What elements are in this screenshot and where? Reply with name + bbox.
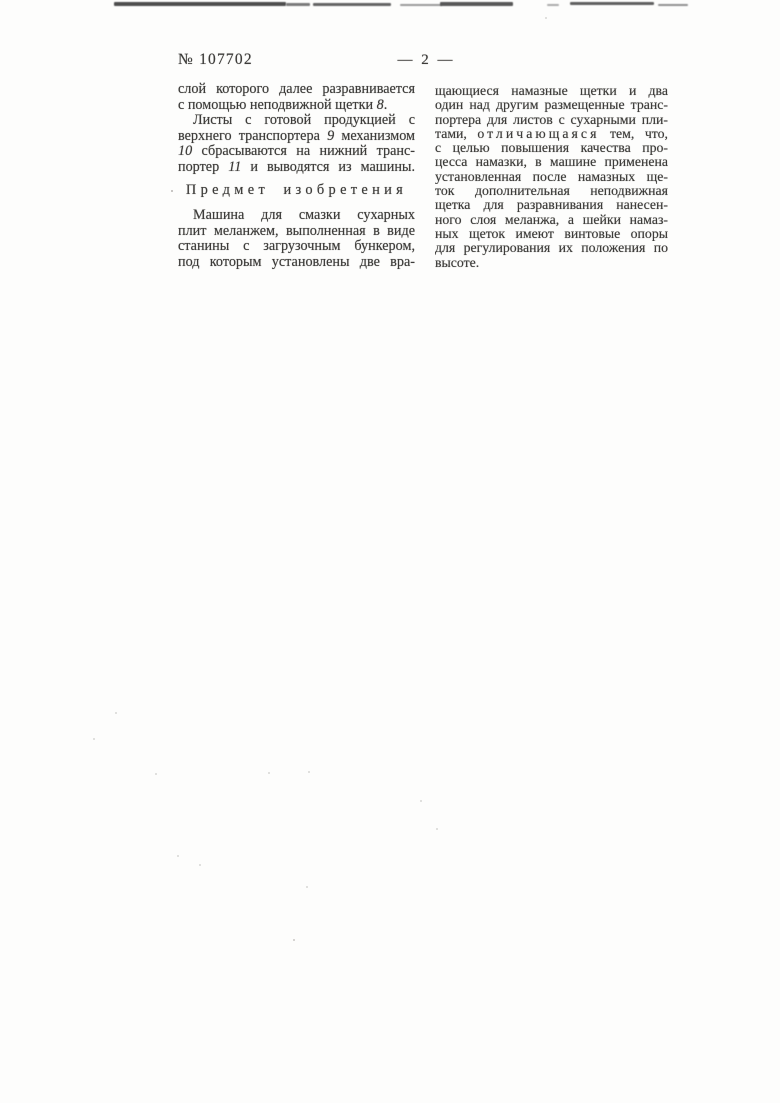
text-segment: сбрасываются на нижний транс- [192, 144, 415, 159]
text-column-left: слой которого далее разравниваетсяс помо… [178, 82, 415, 271]
scan-speck [308, 771, 310, 773]
scan-speck [177, 855, 179, 857]
text-line: один над другим размещенные транс- [435, 98, 668, 112]
text-line: под которым установлены две вра- [178, 255, 415, 271]
reference-numeral: 11 [228, 160, 241, 175]
scan-speck [171, 190, 173, 192]
scan-speck [155, 773, 157, 775]
text-segment: под которым установлены две вра- [178, 255, 415, 270]
text-line: ток дополнительная неподвижная [435, 184, 668, 198]
text-segment: Листы с готовой продукцией с [193, 113, 415, 128]
text-segment: тем, что, [599, 127, 668, 141]
scan-speck [293, 939, 295, 941]
scan-artifact [658, 4, 688, 6]
text-segment: тами, [435, 127, 477, 141]
scan-artifact [313, 3, 391, 6]
text-line: с помощью неподвижной щетки 8. [178, 98, 415, 114]
text-segment: Машина для смазки сухарных [193, 208, 415, 223]
text-line: щетка для разравнивания нанесен- [435, 198, 668, 212]
text-segment: щетка для разравнивания нанесен- [435, 198, 668, 212]
text-segment: механизмом [334, 129, 415, 144]
text-line: Листы с готовой продукцией с [178, 113, 415, 129]
text-segment: . [384, 98, 388, 113]
text-segment: станины с загрузочным бункером, [178, 239, 415, 254]
scan-speck [436, 828, 438, 830]
text-segment: цесса намазки, в машине применена [435, 155, 668, 169]
text-segment: отличающаяся [477, 127, 599, 141]
text-segment: портер [178, 160, 228, 175]
text-segment: высоте. [435, 256, 479, 270]
text-line: ных щеток имеют винтовые опоры [435, 227, 668, 241]
text-segment: с целью повышения качества про- [435, 141, 668, 155]
scan-speck [199, 864, 201, 866]
scan-artifact [547, 4, 559, 6]
text-segment: щающиеся намазные щетки и два [435, 84, 668, 98]
reference-numeral: 8 [377, 98, 384, 113]
text-line: тами, отличающаяся тем, что, [435, 127, 668, 141]
scan-artifact [286, 3, 310, 6]
text-segment: один над другим размещенные транс- [435, 98, 668, 112]
text-line: портера для листов с сухарными пли- [435, 113, 668, 127]
text-segment: слой которого далее разравнивается [178, 82, 415, 97]
text-line: слой которого далее разравнивается [178, 82, 415, 98]
scan-artifact [400, 4, 442, 6]
text-segment: ных щеток имеют винтовые опоры [435, 227, 668, 241]
patent-number: № 107702 [178, 51, 253, 69]
scan-speck [306, 886, 308, 888]
text-line: высоте. [435, 256, 668, 270]
text-line: станины с загрузочным бункером, [178, 239, 415, 255]
text-line: с целью повышения качества про- [435, 141, 668, 155]
text-line: верхнего транспортера 9 механизмом [178, 129, 415, 145]
text-line: щающиеся намазные щетки и два [435, 84, 668, 98]
text-line: 10 сбрасываются на нижний транс- [178, 144, 415, 160]
text-line: портер 11 и выводятся из машины. [178, 160, 415, 176]
text-segment: ток дополнительная неподвижная [435, 184, 668, 198]
text-segment: с помощью неподвижной щетки [178, 98, 377, 113]
text-segment: портера для листов с сухарными пли- [435, 113, 668, 127]
reference-numeral: 10 [178, 144, 192, 159]
text-segment: ного слоя меланжа, а шейки намаз- [435, 213, 668, 227]
text-segment: для регулирования их положения по [435, 241, 668, 255]
text-line: Машина для смазки сухарных [178, 208, 415, 224]
text-line: плит меланжем, выполненная в виде [178, 224, 415, 240]
text-segment: плит меланжем, выполненная в виде [178, 224, 415, 239]
scan-artifact [570, 2, 654, 5]
text-segment: установленная после намазных ще- [435, 170, 668, 184]
text-line: установленная после намазных ще- [435, 170, 668, 184]
scan-speck [420, 800, 422, 802]
scan-speck [268, 772, 270, 774]
scan-speck [93, 738, 95, 740]
text-line: ного слоя меланжа, а шейки намаз- [435, 213, 668, 227]
text-line: для регулирования их положения по [435, 241, 668, 255]
section-heading: Предмет изобретения [178, 183, 415, 199]
patent-page-scan: № 107702 — 2 — слой которого далее разра… [0, 0, 780, 1103]
text-segment: и выводятся из машины. [241, 160, 415, 175]
text-line: цесса намазки, в машине применена [435, 155, 668, 169]
scan-speck [115, 712, 117, 714]
text-segment: верхнего транспортера [178, 129, 327, 144]
scan-artifact [114, 2, 286, 6]
text-column-right: щающиеся намазные щетки и дваодин над др… [435, 84, 668, 270]
scan-artifact [440, 2, 513, 6]
page-number: — 2 — [350, 52, 500, 69]
scan-speck [545, 17, 547, 19]
